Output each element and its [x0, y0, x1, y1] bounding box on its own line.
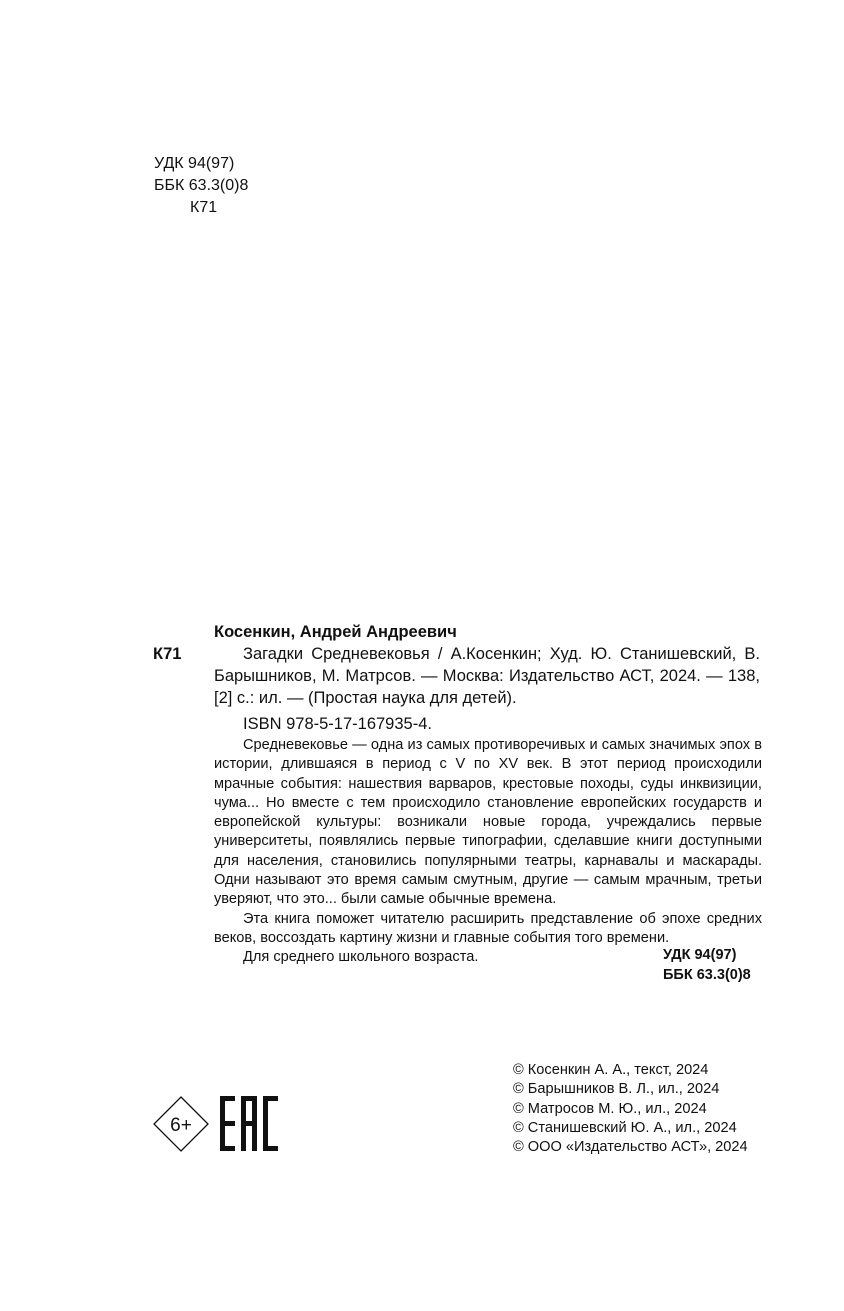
copyright-line: © Косенкин А. А., текст, 2024	[513, 1061, 748, 1080]
top-classification-codes: УДК 94(97) ББК 63.3(0)8 К71	[154, 153, 248, 219]
bottom-bbk-code: ББК 63.3(0)8	[663, 965, 751, 985]
age-rating-text: 6+	[170, 1115, 192, 1136]
bibliographic-entry: Загадки Средневековья / А.Косенкин; Худ.…	[214, 643, 760, 709]
bibliographic-record: Косенкин, Андрей Андреевич Загадки Средн…	[214, 621, 760, 735]
copyright-line: © ООО «Издательство АСТ», 2024	[513, 1138, 748, 1157]
top-udk-code: УДК 94(97)	[154, 153, 248, 175]
annotation-paragraph: Эта книга поможет читателю расширить пре…	[214, 910, 762, 949]
annotation: Средневековье — одна из самых противореч…	[214, 736, 762, 968]
annotation-paragraph: Средневековье — одна из самых противореч…	[214, 736, 762, 910]
top-author-mark: К71	[154, 197, 248, 219]
diamond-age-rating-icon: 6+	[152, 1095, 210, 1153]
copyright-line: © Станишевский Ю. А., ил., 2024	[513, 1119, 748, 1138]
bottom-classification-codes: УДК 94(97) ББК 63.3(0)8	[663, 945, 751, 985]
eac-conformity-mark	[220, 1096, 278, 1151]
isbn: ISBN 978-5-17-167935-4.	[214, 713, 760, 735]
age-rating-badge: 6+	[152, 1095, 210, 1153]
copyright-list: © Косенкин А. А., текст, 2024 © Барышник…	[513, 1061, 748, 1157]
copyright-line: © Барышников В. Л., ил., 2024	[513, 1080, 748, 1099]
author-name: Косенкин, Андрей Андреевич	[214, 621, 760, 643]
bottom-udk-code: УДК 94(97)	[663, 945, 751, 965]
copyright-line: © Матросов М. Ю., ил., 2024	[513, 1100, 748, 1119]
author-mark: К71	[153, 643, 181, 665]
top-bbk-code: ББК 63.3(0)8	[154, 175, 248, 197]
eac-conformity-mark-icon	[220, 1096, 278, 1151]
